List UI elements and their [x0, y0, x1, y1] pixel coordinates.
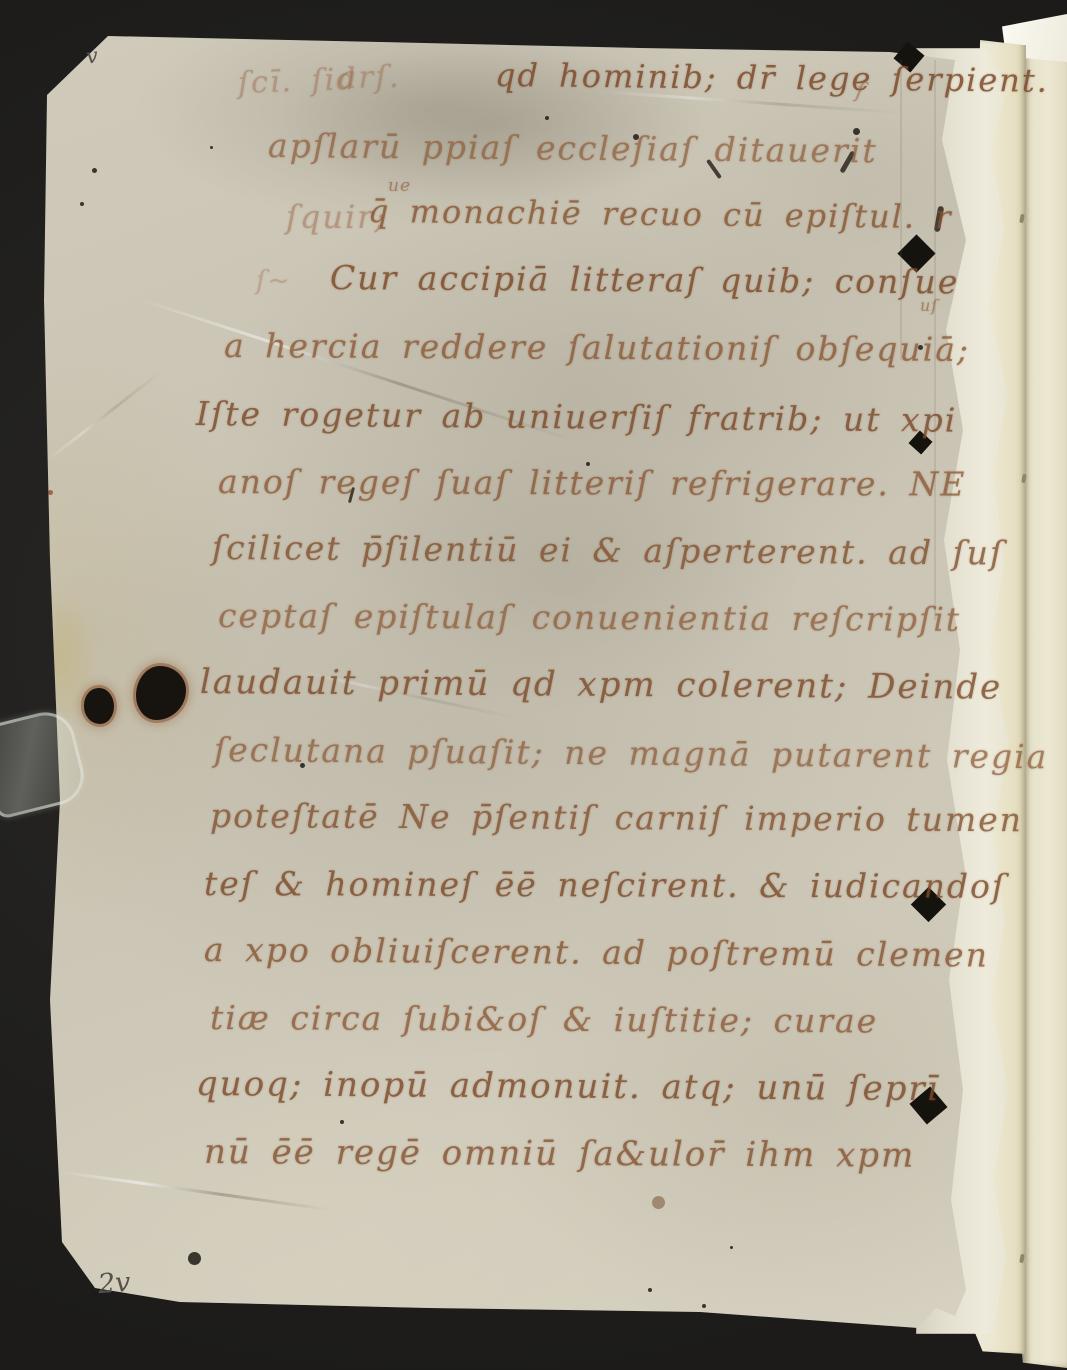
manuscript-text-line: ſ~ — [256, 266, 291, 296]
manuscript-text-line: ſcilicet p̄ſilentiū ei & aſperterent. ad… — [212, 528, 1004, 573]
parchment-hole — [84, 688, 114, 724]
manuscript-text-line: a xpo obliuiſcerent. ad poſtremū clemen — [204, 930, 989, 974]
ink-speck — [92, 168, 97, 173]
photo-background: ſcī. ſidarſ.qd hominib; dr̄ lege ſerpien… — [0, 0, 1067, 1370]
manuscript-text-line: a hercia reddere ſalutationiſ obſequiā; — [224, 326, 970, 369]
interlinear-annotation: uſ — [920, 296, 938, 315]
manuscript-text-line: quoq; inopū admonuit. atq; unū ſeprī — [196, 1064, 940, 1109]
ink-speck — [48, 490, 53, 495]
manuscript-text-line: apſlarū ppiaſ eccleſiaſ ditauerit — [268, 126, 878, 170]
ink-speck — [545, 116, 549, 120]
manuscript-text-line: poteſtatē Ne p̄ſentiſ carniſ imperio tum… — [210, 796, 1023, 839]
ink-speck — [730, 1246, 733, 1249]
manuscript-text-line: anoſ regeſ ſuaſ litteriſ refrigerare. NE — [218, 462, 967, 504]
manuscript-text-line: arſ. — [338, 59, 401, 96]
ink-speck — [702, 1304, 706, 1308]
manuscript-text-line: teſ & homineſ ēē neſcirent. & iudicandoſ — [204, 864, 1006, 906]
ink-speck — [652, 1196, 665, 1209]
manuscript-text-line: laudauit primū qd xpm colerent; Deinde — [200, 662, 1002, 708]
manuscript-text-line: Cur accipiā litteraſ quib; conſue — [330, 258, 960, 301]
manuscript-text-line: nū ēē regē omniū ſa&ulor̄ ihm xpm — [204, 1132, 916, 1176]
manuscript-text-line: Iſte rogetur ab uniuerſiſ fratrib; ut xp… — [196, 394, 958, 440]
manuscript-text-line: ceptaſ epiſtulaſ conuenientia reſcripſit — [218, 596, 961, 639]
ink-speck — [80, 202, 84, 206]
ink-speck — [340, 1120, 344, 1124]
manuscript-text-line: ſeclutana pſuaſit; ne magnā putarent reg… — [214, 730, 1049, 776]
crease-fold — [45, 362, 173, 463]
manuscript-text-line: q̄ monachiē recuo cū epiſtul. r — [368, 192, 953, 236]
manuscript-text-line: qd hominib; dr̄ lege ſerpient. — [495, 56, 1049, 100]
manuscript-text-line: tiæ circa ſubi&oſ & iuſtitie; curae — [210, 998, 878, 1040]
ink-speck — [648, 1288, 652, 1292]
ink-speck — [210, 146, 213, 149]
crease-fold — [58, 1170, 355, 1215]
interlinear-annotation: ue — [388, 176, 411, 196]
ink-speck — [188, 1252, 201, 1265]
facing-page-edge — [1021, 26, 1067, 1368]
folio-number-pencil: 2v — [97, 1267, 132, 1300]
